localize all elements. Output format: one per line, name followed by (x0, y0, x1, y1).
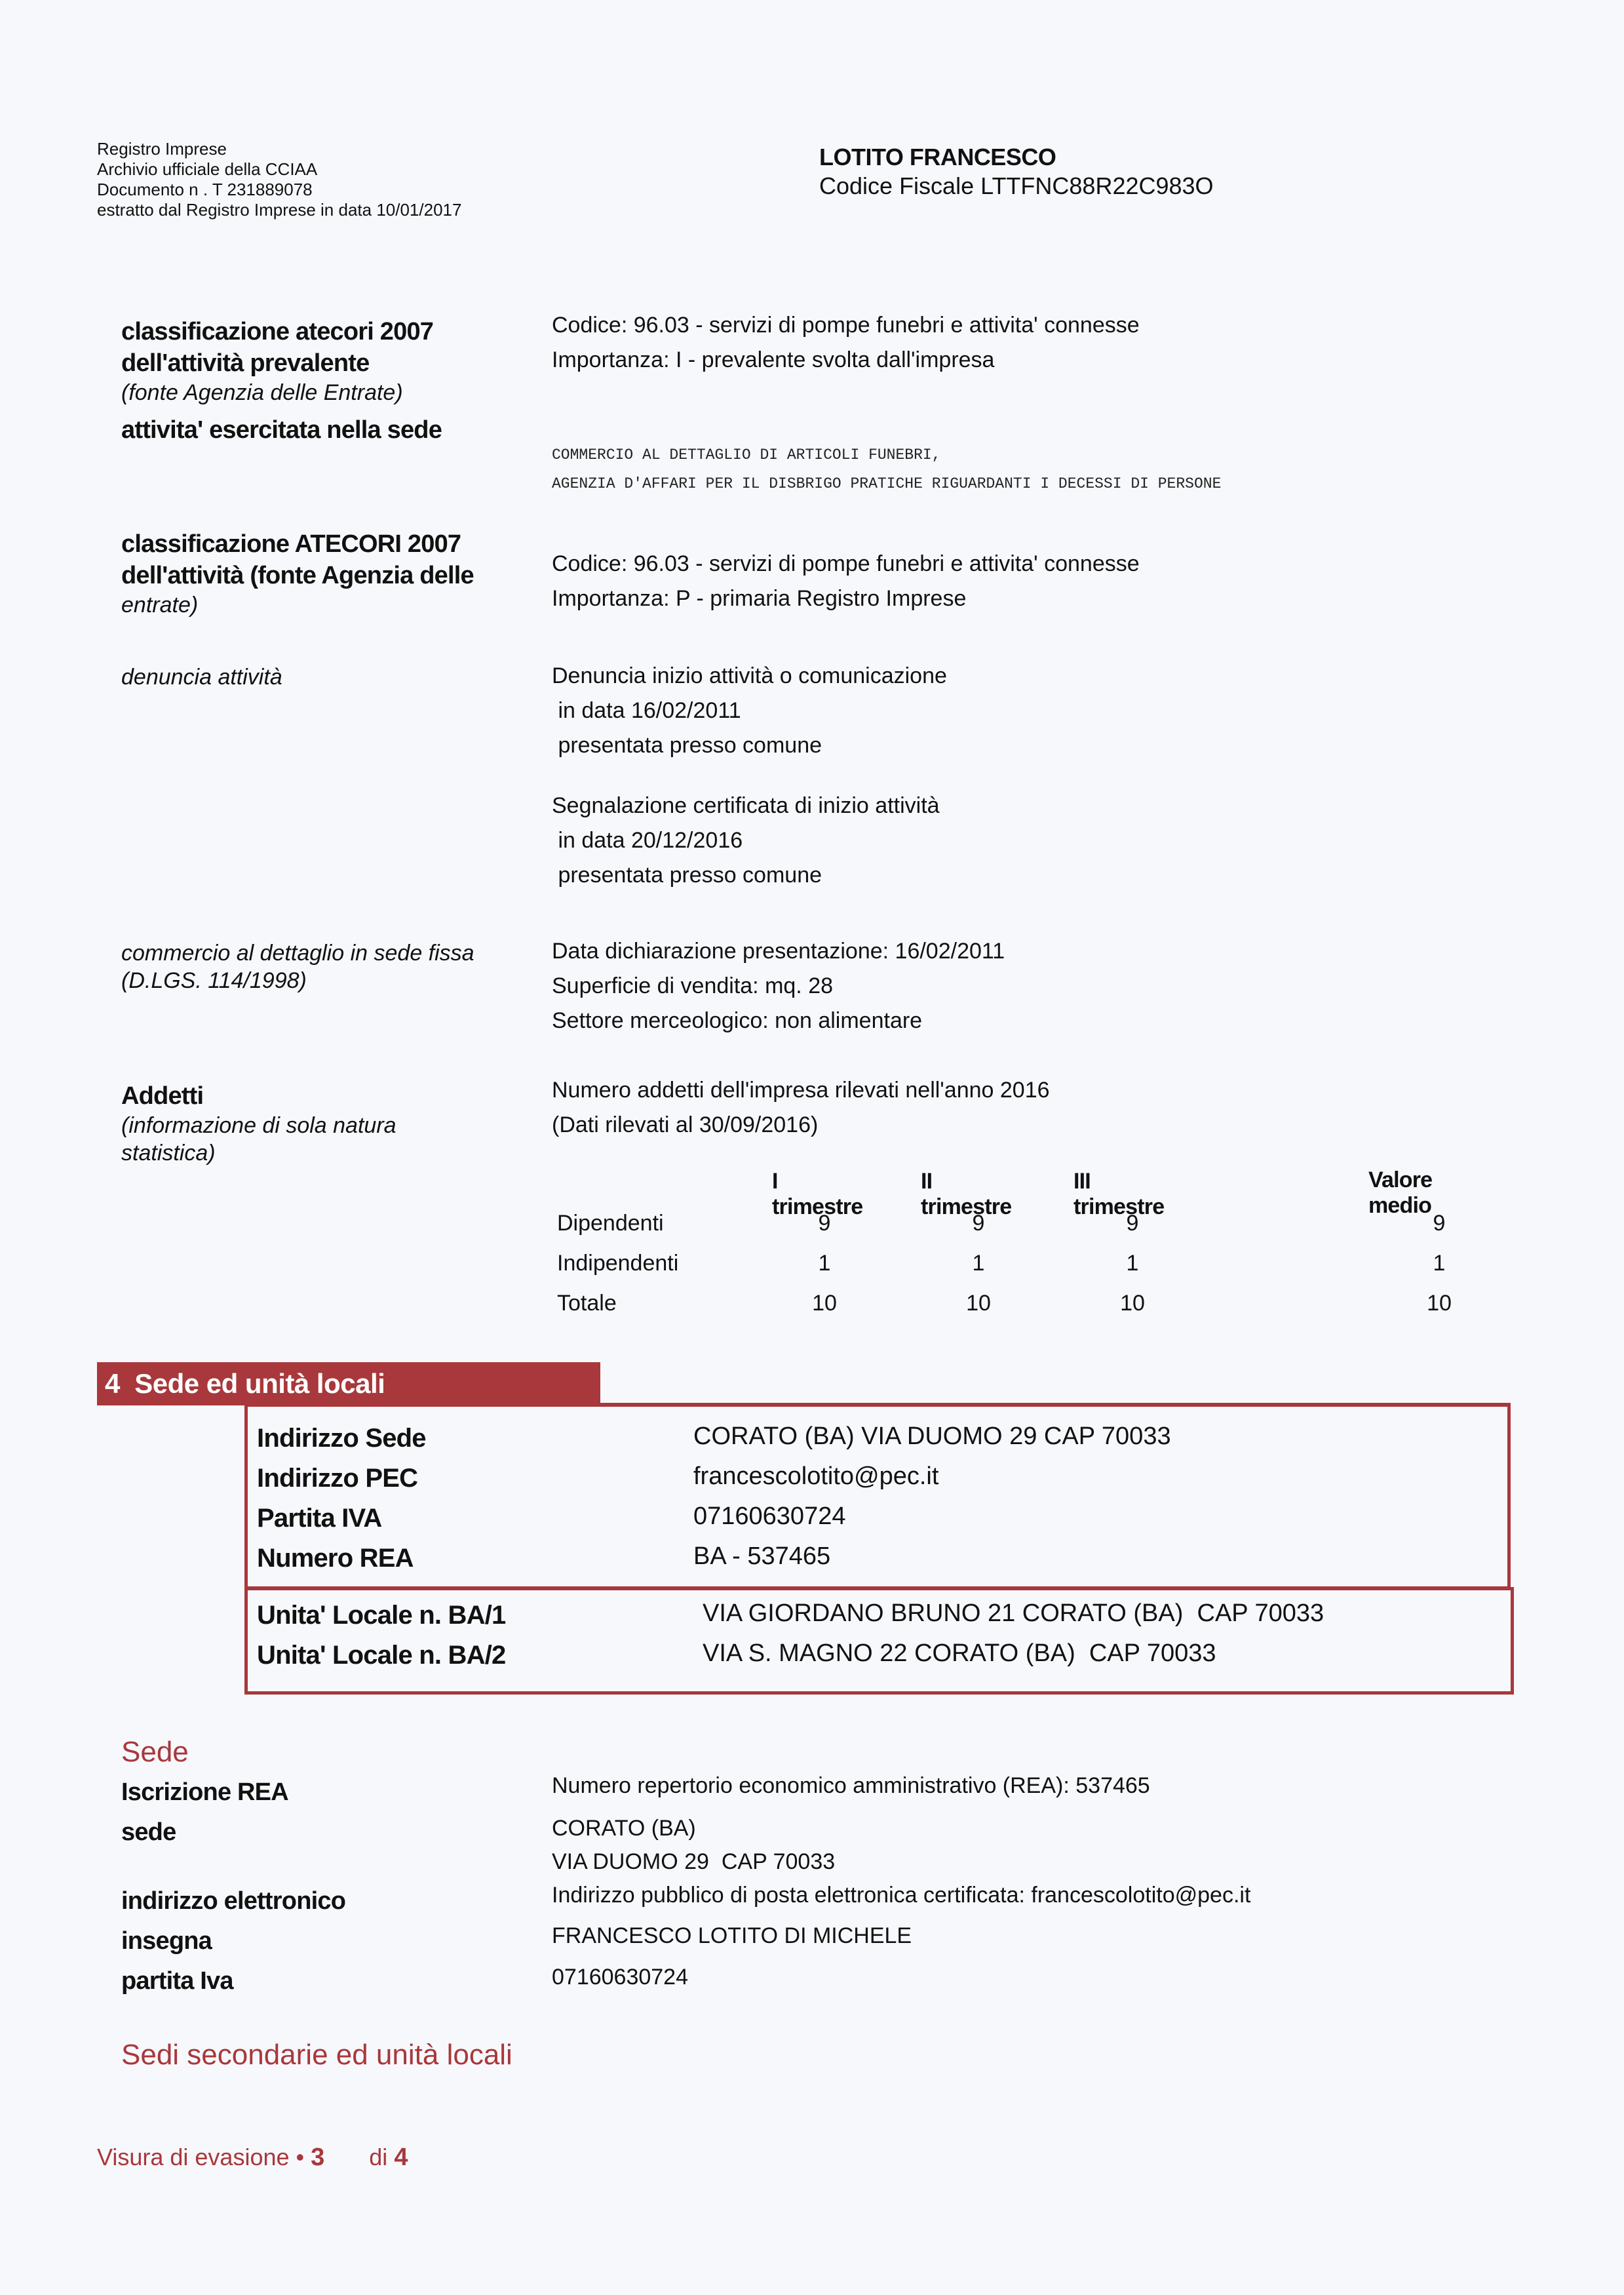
addetti-label: Addetti (informazione di sola natura sta… (121, 1080, 396, 1167)
sede-value: 07160630724 (552, 1960, 688, 1995)
unita-locale-address: VIA S. MAGNO 22 CORATO (BA) CAP 70033 (703, 1639, 1216, 1668)
denuncia-entry: Denuncia inizio attività o comunicazione… (552, 659, 947, 763)
activity-line: AGENZIA D'AFFARI PER IL DISBRIGO PRATICH… (552, 469, 1221, 498)
addetti-intro-line: Numero addetti dell'impresa rilevati nel… (552, 1073, 1050, 1108)
row-label: Indipendenti (557, 1251, 678, 1276)
page-footer: Visura di evasione • 3di 4 (97, 2144, 408, 2172)
ateco-attivita-label: classificazione ATECORI 2007 dell'attivi… (121, 528, 474, 619)
table-cell: 10 (939, 1291, 1018, 1316)
summary-value: BA - 537465 (693, 1542, 830, 1571)
sede-value: VIA DUOMO 29 CAP 70033 (552, 1845, 835, 1879)
sede-label: sede (121, 1816, 176, 1848)
label-line: classificazione ATECORI 2007 (121, 528, 474, 560)
table-cell: 1 (1400, 1251, 1479, 1276)
header-line: Archivio ufficiale della CCIAA (97, 159, 461, 180)
ateco-attivita-value: Codice: 96.03 - servizi di pompe funebri… (552, 547, 1140, 616)
sede-pec: Indirizzo pubblico di posta elettronica … (552, 1878, 1250, 1913)
commercio-value: Data dichiarazione presentazione: 16/02/… (552, 934, 1005, 1038)
unita-locale-label: Unita' Locale n. BA/1 (257, 1601, 505, 1630)
denuncia-title: Segnalazione certificata di inizio attiv… (552, 789, 940, 823)
activity-line: COMMERCIO AL DETTAGLIO DI ARTICOLI FUNEB… (552, 441, 1221, 469)
footer-of: di (369, 2144, 394, 2170)
summary-label: Indirizzo Sede (257, 1424, 426, 1453)
commercio-line: Superficie di vendita: mq. 28 (552, 969, 1005, 1004)
document-header: Registro Imprese Archivio ufficiale dell… (97, 139, 461, 220)
label-line: dell'attività (fonte Agenzia delle (121, 560, 474, 591)
row-label: Totale (557, 1291, 617, 1316)
table-cell: 10 (1093, 1291, 1172, 1316)
denuncia-title: Denuncia inizio attività o comunicazione (552, 659, 947, 694)
ateco-importance: Importanza: P - primaria Registro Impres… (552, 581, 1140, 616)
denuncia-entry: Segnalazione certificata di inizio attiv… (552, 789, 940, 893)
sede-label: partita Iva (121, 1965, 233, 1997)
label-line: Addetti (121, 1080, 396, 1112)
denuncia-place: presentata presso comune (552, 728, 947, 763)
commercio-line: Settore merceologico: non alimentare (552, 1004, 1005, 1038)
table-cell: 1 (1093, 1251, 1172, 1276)
table-cell: 1 (785, 1251, 864, 1276)
page-number: 3 (311, 2144, 324, 2171)
denuncia-place: presentata presso comune (552, 858, 940, 893)
ateco-importance: Importanza: I - prevalente svolta dall'i… (552, 343, 1140, 378)
ateco-code: Codice: 96.03 - servizi di pompe funebri… (552, 308, 1140, 343)
label-line: commercio al dettaglio in sede fissa (121, 939, 474, 967)
attivita-sede-label: attivita' esercitata nella sede (121, 414, 442, 446)
sede-label: indirizzo elettronico (121, 1885, 345, 1917)
header-line: Documento n . T 231889078 (97, 180, 461, 200)
table-cell: 9 (1093, 1211, 1172, 1236)
table-cell: 1 (939, 1251, 1018, 1276)
ateco-prevalente-value: Codice: 96.03 - servizi di pompe funebri… (552, 308, 1140, 378)
label-line: dell'attività prevalente (121, 347, 433, 379)
person-header: LOTITO FRANCESCO Codice Fiscale LTTFNC88… (819, 143, 1214, 201)
addetti-intro: Numero addetti dell'impresa rilevati nel… (552, 1073, 1050, 1143)
header-line: Registro Imprese (97, 139, 461, 159)
attivita-sede-value: COMMERCIO AL DETTAGLIO DI ARTICOLI FUNEB… (552, 441, 1221, 498)
sedi-secondarie-title: Sedi secondarie ed unità locali (121, 2039, 512, 2071)
codice-fiscale: Codice Fiscale LTTFNC88R22C983O (819, 172, 1214, 201)
addetti-intro-line: (Dati rilevati al 30/09/2016) (552, 1108, 1050, 1143)
table-cell: 9 (785, 1211, 864, 1236)
unita-locale-address: VIA GIORDANO BRUNO 21 CORATO (BA) CAP 70… (703, 1599, 1324, 1628)
table-cell: 10 (785, 1291, 864, 1316)
denuncia-date: in data 20/12/2016 (552, 823, 940, 858)
summary-label: Numero REA (257, 1544, 414, 1573)
summary-label: Indirizzo PEC (257, 1464, 417, 1493)
summary-label: Partita IVA (257, 1504, 382, 1533)
sede-label: Iscrizione REA (121, 1776, 288, 1808)
section-4-title: 4 Sede ed unità locali (97, 1362, 600, 1405)
label-line: (D.LGS. 114/1998) (121, 967, 474, 994)
label-note: entrate) (121, 591, 474, 619)
label-line: classificazione atecori 2007 (121, 316, 433, 347)
sede-value: CORATO (BA) (552, 1811, 696, 1846)
sede-value: Numero repertorio economico amministrati… (552, 1769, 1150, 1803)
row-label: Dipendenti (557, 1211, 664, 1236)
page-total: 4 (394, 2144, 408, 2171)
table-cell: 9 (1400, 1211, 1479, 1236)
commercio-line: Data dichiarazione presentazione: 16/02/… (552, 934, 1005, 969)
footer-prefix: Visura di evasione • (97, 2144, 311, 2170)
sede-label: insegna (121, 1925, 212, 1957)
person-name: LOTITO FRANCESCO (819, 143, 1214, 172)
ateco-code: Codice: 96.03 - servizi di pompe funebri… (552, 547, 1140, 581)
table-cell: 10 (1400, 1291, 1479, 1316)
header-line: estratto dal Registro Imprese in data 10… (97, 200, 461, 220)
denuncia-date: in data 16/02/2011 (552, 694, 947, 728)
denuncia-label: denuncia attività (121, 663, 282, 691)
summary-value: CORATO (BA) VIA DUOMO 29 CAP 70033 (693, 1422, 1171, 1451)
summary-value: 07160630724 (693, 1502, 845, 1531)
table-cell: 9 (939, 1211, 1018, 1236)
label-note: statistica) (121, 1139, 396, 1167)
ateco-prevalente-label: classificazione atecori 2007 dell'attivi… (121, 316, 433, 406)
pec-address: francescolotito@pec.it (693, 1462, 938, 1491)
commercio-label: commercio al dettaglio in sede fissa (D.… (121, 939, 474, 994)
label-note: (fonte Agenzia delle Entrate) (121, 379, 433, 406)
unita-locale-label: Unita' Locale n. BA/2 (257, 1641, 505, 1670)
label-note: (informazione di sola natura (121, 1112, 396, 1139)
sede-value: FRANCESCO LOTITO DI MICHELE (552, 1919, 912, 1953)
sede-title: Sede (121, 1736, 189, 1769)
